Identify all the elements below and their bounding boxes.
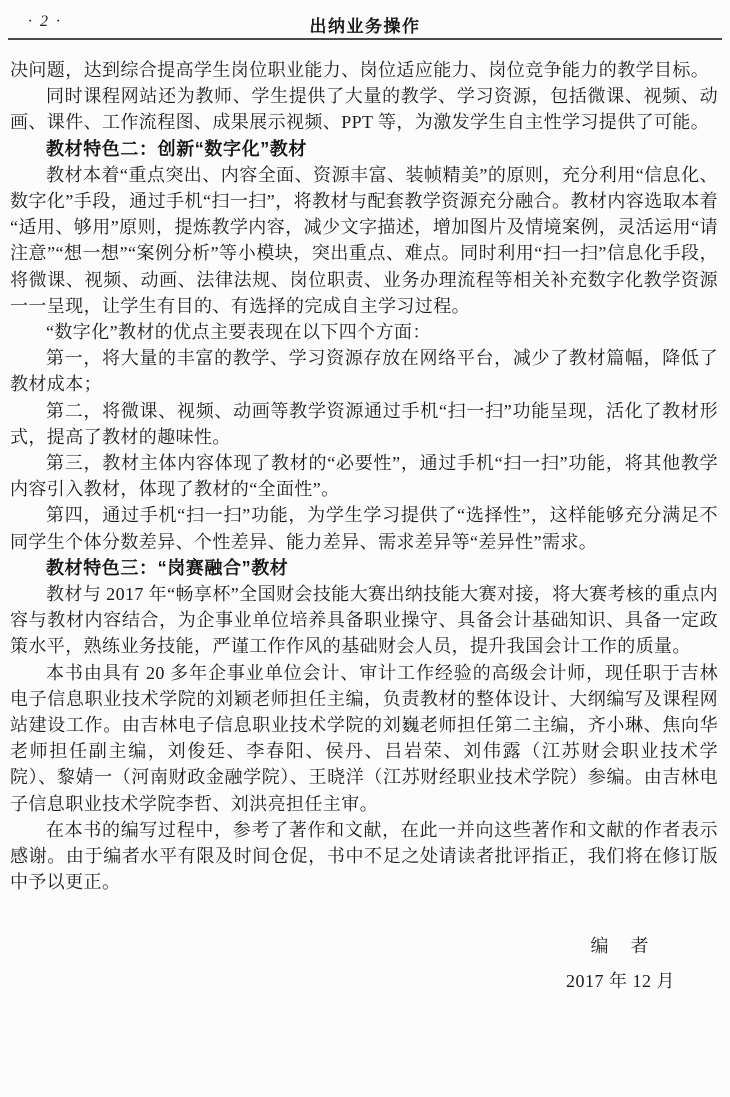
paragraph: 决问题，达到综合提高学生岗位职业能力、岗位适应能力、岗位竞争能力的教学目标。	[10, 57, 718, 83]
paragraph: 第三，教材主体内容体现了教材的“必要性”，通过手机“扫一扫”功能，将其他教学内容…	[10, 450, 718, 502]
paragraph: 同时课程网站还为教师、学生提供了大量的教学、学习资源，包括微课、视频、动画、课件…	[10, 83, 718, 135]
paragraph: 第二，将微课、视频、动画等教学资源通过手机“扫一扫”功能呈现，活化了教材形式，提…	[10, 398, 718, 450]
signature-date: 2017 年 12 月	[566, 967, 675, 993]
signature-block: 编 者 2017 年 12 月	[566, 932, 675, 993]
paragraph: 第一，将大量的丰富的教学、学习资源存放在网络平台，减少了教材篇幅，降低了教材成本…	[10, 345, 718, 397]
section-heading: 教材特色二：创新“数字化”教材	[10, 136, 718, 162]
book-page: · 2 · 出纳业务操作 决问题，达到综合提高学生岗位职业能力、岗位适应能力、岗…	[0, 0, 730, 1097]
running-header: · 2 · 出纳业务操作	[8, 0, 722, 40]
paragraph: 本书由具有 20 多年企事业单位会计、审计工作经验的高级会计师，现任职于吉林电子…	[10, 660, 718, 817]
paragraph: 教材与 2017 年“畅享杯”全国财会技能大赛出纳技能大赛对接，将大赛考核的重点…	[10, 581, 718, 660]
running-title: 出纳业务操作	[8, 12, 722, 37]
page-body: 决问题，达到综合提高学生岗位职业能力、岗位适应能力、岗位竞争能力的教学目标。同时…	[0, 40, 730, 896]
paragraph: 第四，通过手机“扫一扫”功能，为学生学习提供了“选择性”，这样能够充分满足不同学…	[10, 502, 718, 554]
paragraph: “数字化”教材的优点主要表现在以下四个方面：	[10, 319, 718, 345]
signature-author: 编 者	[566, 932, 675, 958]
section-heading: 教材特色三：“岗赛融合”教材	[10, 555, 718, 581]
paragraph: 在本书的编写过程中，参考了著作和文献，在此一并向这些著作和文献的作者表示感谢。由…	[10, 817, 718, 896]
paragraph: 教材本着“重点突出、内容全面、资源丰富、装帧精美”的原则，充分利用“信息化、数字…	[10, 162, 718, 319]
